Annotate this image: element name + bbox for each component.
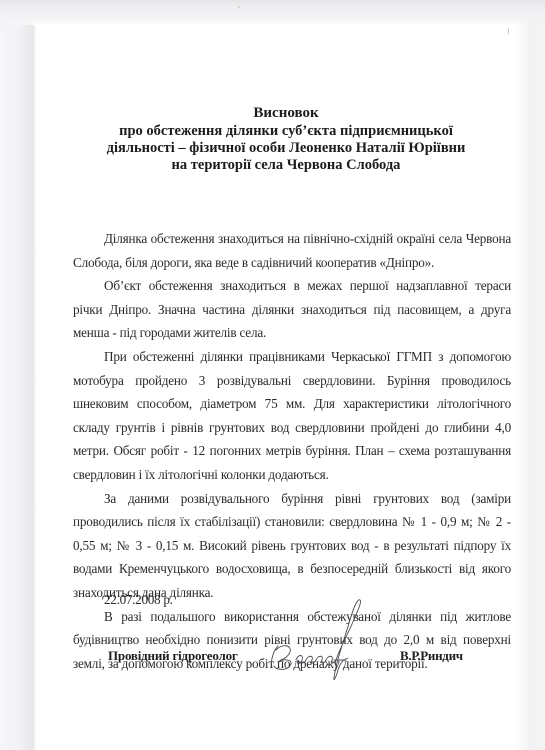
paragraph-drilling: При обстеженні ділянки працівниками Черк…: [73, 345, 511, 487]
subtitle-line-2: діяльності – фізичної особи Леоненко Нат…: [36, 140, 536, 157]
document-title-block: Висновок про обстеження ділянки суб’єкта…: [36, 105, 536, 174]
subtitle-line-1: про обстеження ділянки суб’єкта підприєм…: [36, 123, 536, 140]
scan-top-shadow: [0, 0, 545, 25]
document-date: 22.07.2008 р.: [104, 592, 173, 608]
paragraph-groundwater: За даними розвідувального буріння рівні …: [73, 487, 511, 605]
scan-speck: [508, 28, 509, 34]
scan-speck: [238, 6, 240, 8]
subtitle-line-3: на території села Червона Слобода: [36, 157, 536, 174]
paragraph-location: Ділянка обстеження знаходиться на північ…: [73, 227, 511, 274]
document-title: Висновок: [36, 105, 536, 122]
scanned-document: Висновок про обстеження ділянки суб’єкта…: [0, 0, 545, 750]
paragraph-terrace: Об’єкт обстеження знаходиться в межах пе…: [73, 274, 511, 345]
signer-position: Провідний гідрогеолог: [108, 648, 238, 664]
signer-name: В.Р.Риндич: [400, 648, 463, 664]
page-fold-shadow: [0, 25, 36, 750]
handwritten-signature-icon: [262, 598, 382, 683]
